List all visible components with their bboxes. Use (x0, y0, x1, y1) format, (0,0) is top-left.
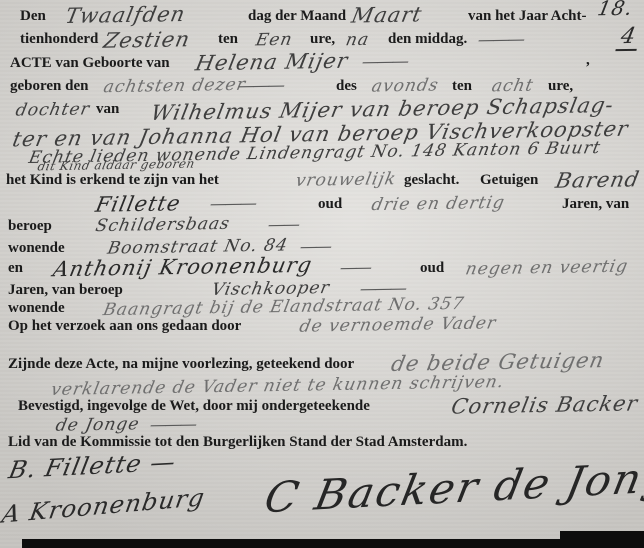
entry-day: Twaalfden (63, 2, 187, 28)
filler-dash: —— (266, 215, 300, 236)
label-ure: ure, (310, 31, 335, 48)
act-number: 4 (615, 24, 641, 51)
entry-witness1-firstname: Barend (554, 167, 642, 192)
label-bevestigd: Bevestigd, ingevolge de Wet, door mij on… (18, 398, 370, 415)
entry-birth-daypart: avonds (370, 75, 441, 96)
entry-witness1-age: drie en dertig (370, 193, 507, 215)
label-lid-kommissie: Lid van de Kommissie tot den Burgerlijke… (8, 434, 467, 451)
label-getuigen: Getuigen (480, 172, 538, 189)
signature-official: C Backer de Jonge (261, 451, 644, 522)
entry-relation: dochter (14, 99, 92, 120)
label-oud2: oud (420, 260, 444, 277)
birth-certificate-scan: 18. 4 Den Twaalfden dag der Maand Maart … (0, 0, 644, 548)
entry-witness1-occupation: Schildersbaas (94, 214, 232, 236)
label-geboren-den: geboren den (10, 78, 88, 95)
entry-birth-hour: acht (490, 76, 535, 97)
label-den-middag: den middag. (388, 31, 467, 48)
entry-daypart: na (344, 30, 371, 50)
filler-dash: ——— (360, 52, 409, 73)
label-beroep: beroep (8, 218, 52, 235)
entry-official-name-suffix: de Jonge (54, 414, 141, 435)
label-van-het-jaar: van het Jaar Acht- (468, 8, 586, 25)
corner-year-fragment: 18. (596, 0, 636, 20)
entry-hour: Een (254, 30, 294, 51)
label-jaren-van-beroep: Jaren, van beroep (8, 282, 123, 299)
entry-father-cannot-write-note: verklarende de Vader niet te kunnen schr… (49, 372, 506, 400)
entry-witness2-age: negen en veertig (464, 257, 630, 280)
label-wonende: wonende (8, 240, 65, 257)
label-ten: ten (218, 31, 238, 48)
label-acte-van-geboorte: ACTE van Geboorte van (10, 55, 170, 72)
filler-dash: ——— (236, 76, 285, 97)
entry-requester: de vernoemde Vader (298, 313, 498, 336)
label-van: van (96, 101, 119, 118)
entry-sex: vrouwelijk (294, 169, 398, 191)
signature-witness1: B. Fillette — (6, 448, 178, 485)
entry-official-name: Cornelis Backer (449, 391, 640, 418)
entry-witness1-surname: Fillette (94, 191, 183, 216)
label-oud: oud (318, 196, 342, 213)
label-en: en (8, 260, 23, 277)
label-des: des (336, 78, 357, 95)
label-op-het-verzoek: Op het verzoek aan ons gedaan door (8, 318, 241, 335)
filler-dash: ——— (476, 30, 525, 51)
entry-child-name: Helena Mijer (193, 49, 350, 76)
label-tienhonderd: tienhonderd (20, 31, 98, 48)
label-dag-der-maand: dag der Maand (248, 8, 346, 25)
label-kind-erkend: het Kind is erkend te zijn van het (6, 172, 219, 189)
label-jaren-van: Jaren, van (562, 196, 629, 213)
label-geslacht: geslacht. (404, 172, 459, 189)
entry-year: Zestien (102, 27, 193, 52)
filler-dash: —— (338, 258, 372, 279)
filler-dash: ——— (148, 415, 197, 436)
scan-edge-artifact (22, 539, 644, 548)
entry-born-there-note: dit Kind aldaar geboren (36, 157, 196, 174)
margin-comma: , (586, 52, 590, 69)
entry-birth-date: achtsten dezer (102, 75, 248, 97)
entry-witness2-name: Anthonij Kroonenburg (51, 253, 314, 281)
entry-month: Maart (350, 2, 425, 27)
scan-edge-artifact (560, 531, 644, 548)
filler-dash: ——— (208, 194, 257, 215)
signature-witness2: A Kroonenburg (0, 483, 207, 528)
label-zijnde-deze-acte: Zijnde deze Acte, na mijne voorlezing, g… (8, 356, 354, 373)
label-wonende2: wonende (8, 300, 65, 317)
label-den: Den (20, 8, 46, 25)
label-ten2: ten (452, 78, 472, 95)
label-ure2: ure, (548, 78, 573, 95)
